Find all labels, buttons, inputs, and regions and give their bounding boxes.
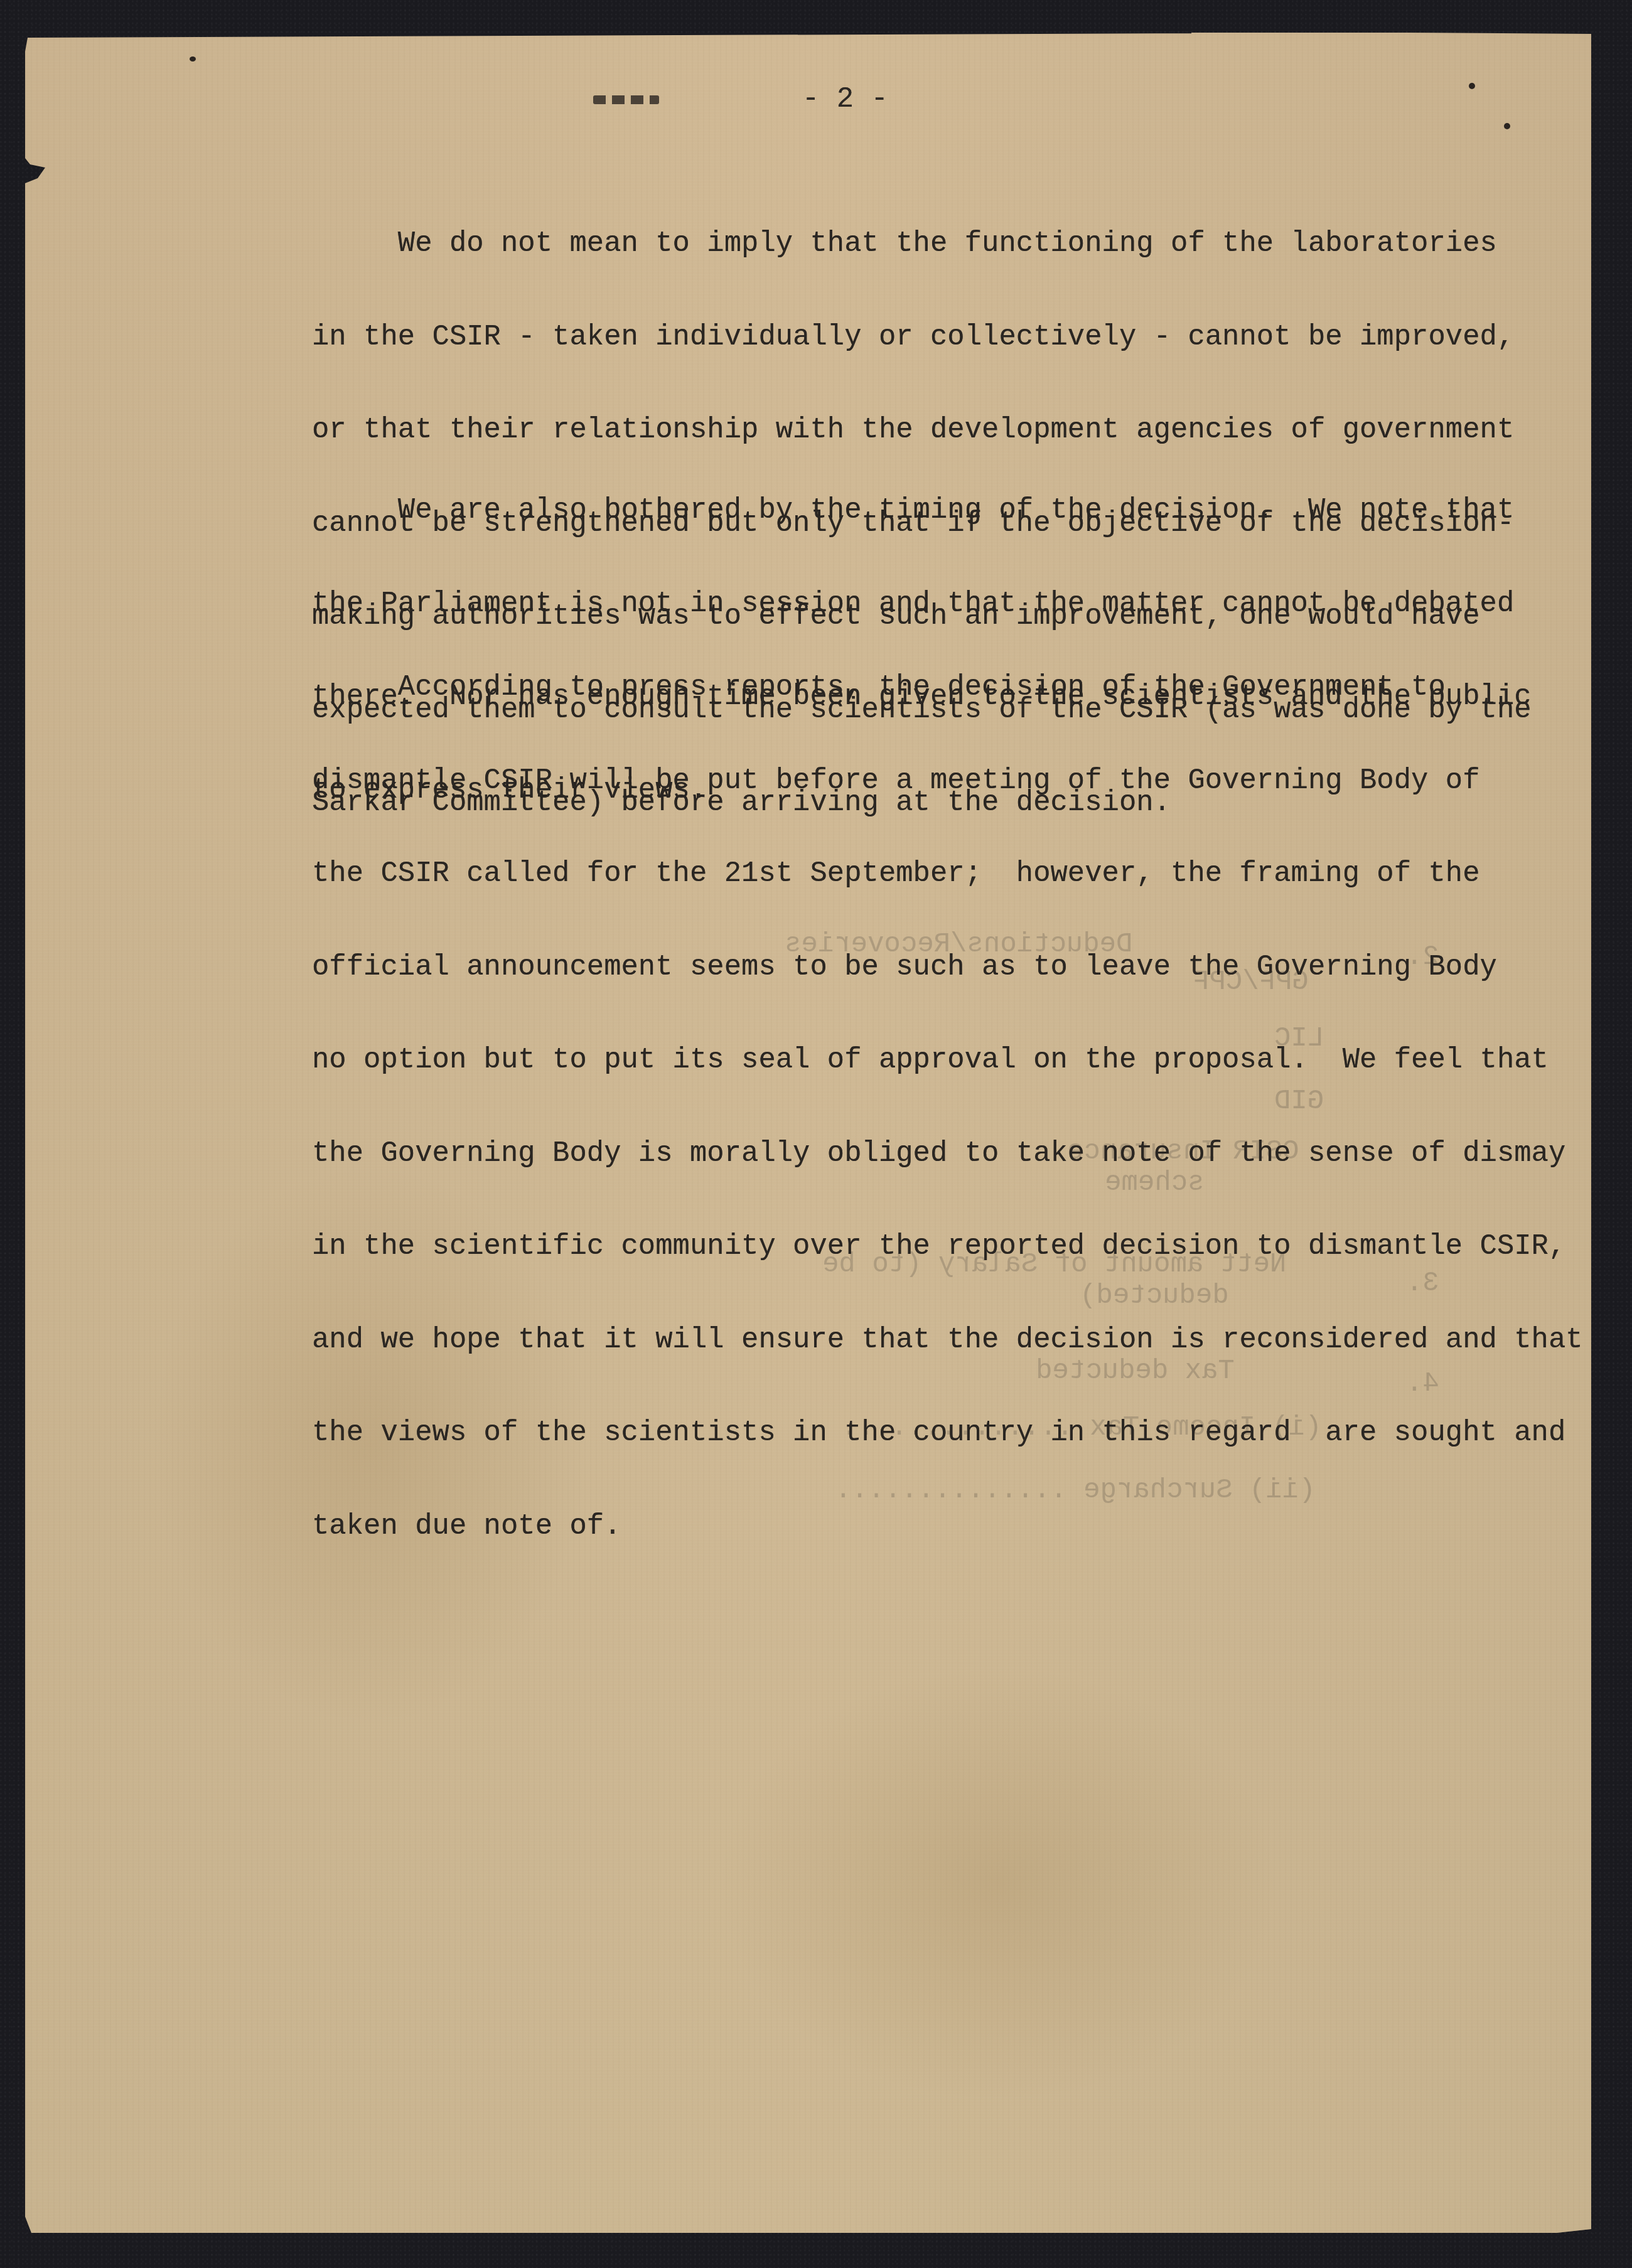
text-line: the views of the scientists in the count… bbox=[312, 1418, 1583, 1449]
text-line: official announcement seems to be such a… bbox=[312, 952, 1583, 983]
text-line: dismantle CSIR will be put before a meet… bbox=[312, 766, 1583, 797]
text-line: taken due note of. bbox=[312, 1511, 1583, 1543]
text-line: the Governing Body is morally obliged to… bbox=[312, 1138, 1583, 1170]
paragraph-3: According to press reports, the decision… bbox=[312, 610, 1583, 1573]
text-line: and we hope that it will ensure that the… bbox=[312, 1325, 1583, 1356]
text-line: We do not mean to imply that the functio… bbox=[312, 228, 1532, 260]
page-number: - 2 - bbox=[802, 84, 888, 115]
punch-hole-mark bbox=[1469, 83, 1475, 89]
text-line: no option but to put its seal of approva… bbox=[312, 1045, 1583, 1076]
staple-mark bbox=[593, 95, 659, 104]
text-line: in the CSIR - taken individually or coll… bbox=[312, 322, 1532, 353]
ink-speck bbox=[190, 56, 196, 62]
text-line: in the scientific community over the rep… bbox=[312, 1231, 1583, 1263]
text-line: According to press reports, the decision… bbox=[312, 672, 1583, 703]
text-line: We are also bothered by the timing of th… bbox=[312, 495, 1532, 527]
punch-hole-mark bbox=[1504, 123, 1510, 129]
text-line: the CSIR called for the 21st September; … bbox=[312, 859, 1583, 890]
paper-stain bbox=[716, 1664, 1280, 2104]
